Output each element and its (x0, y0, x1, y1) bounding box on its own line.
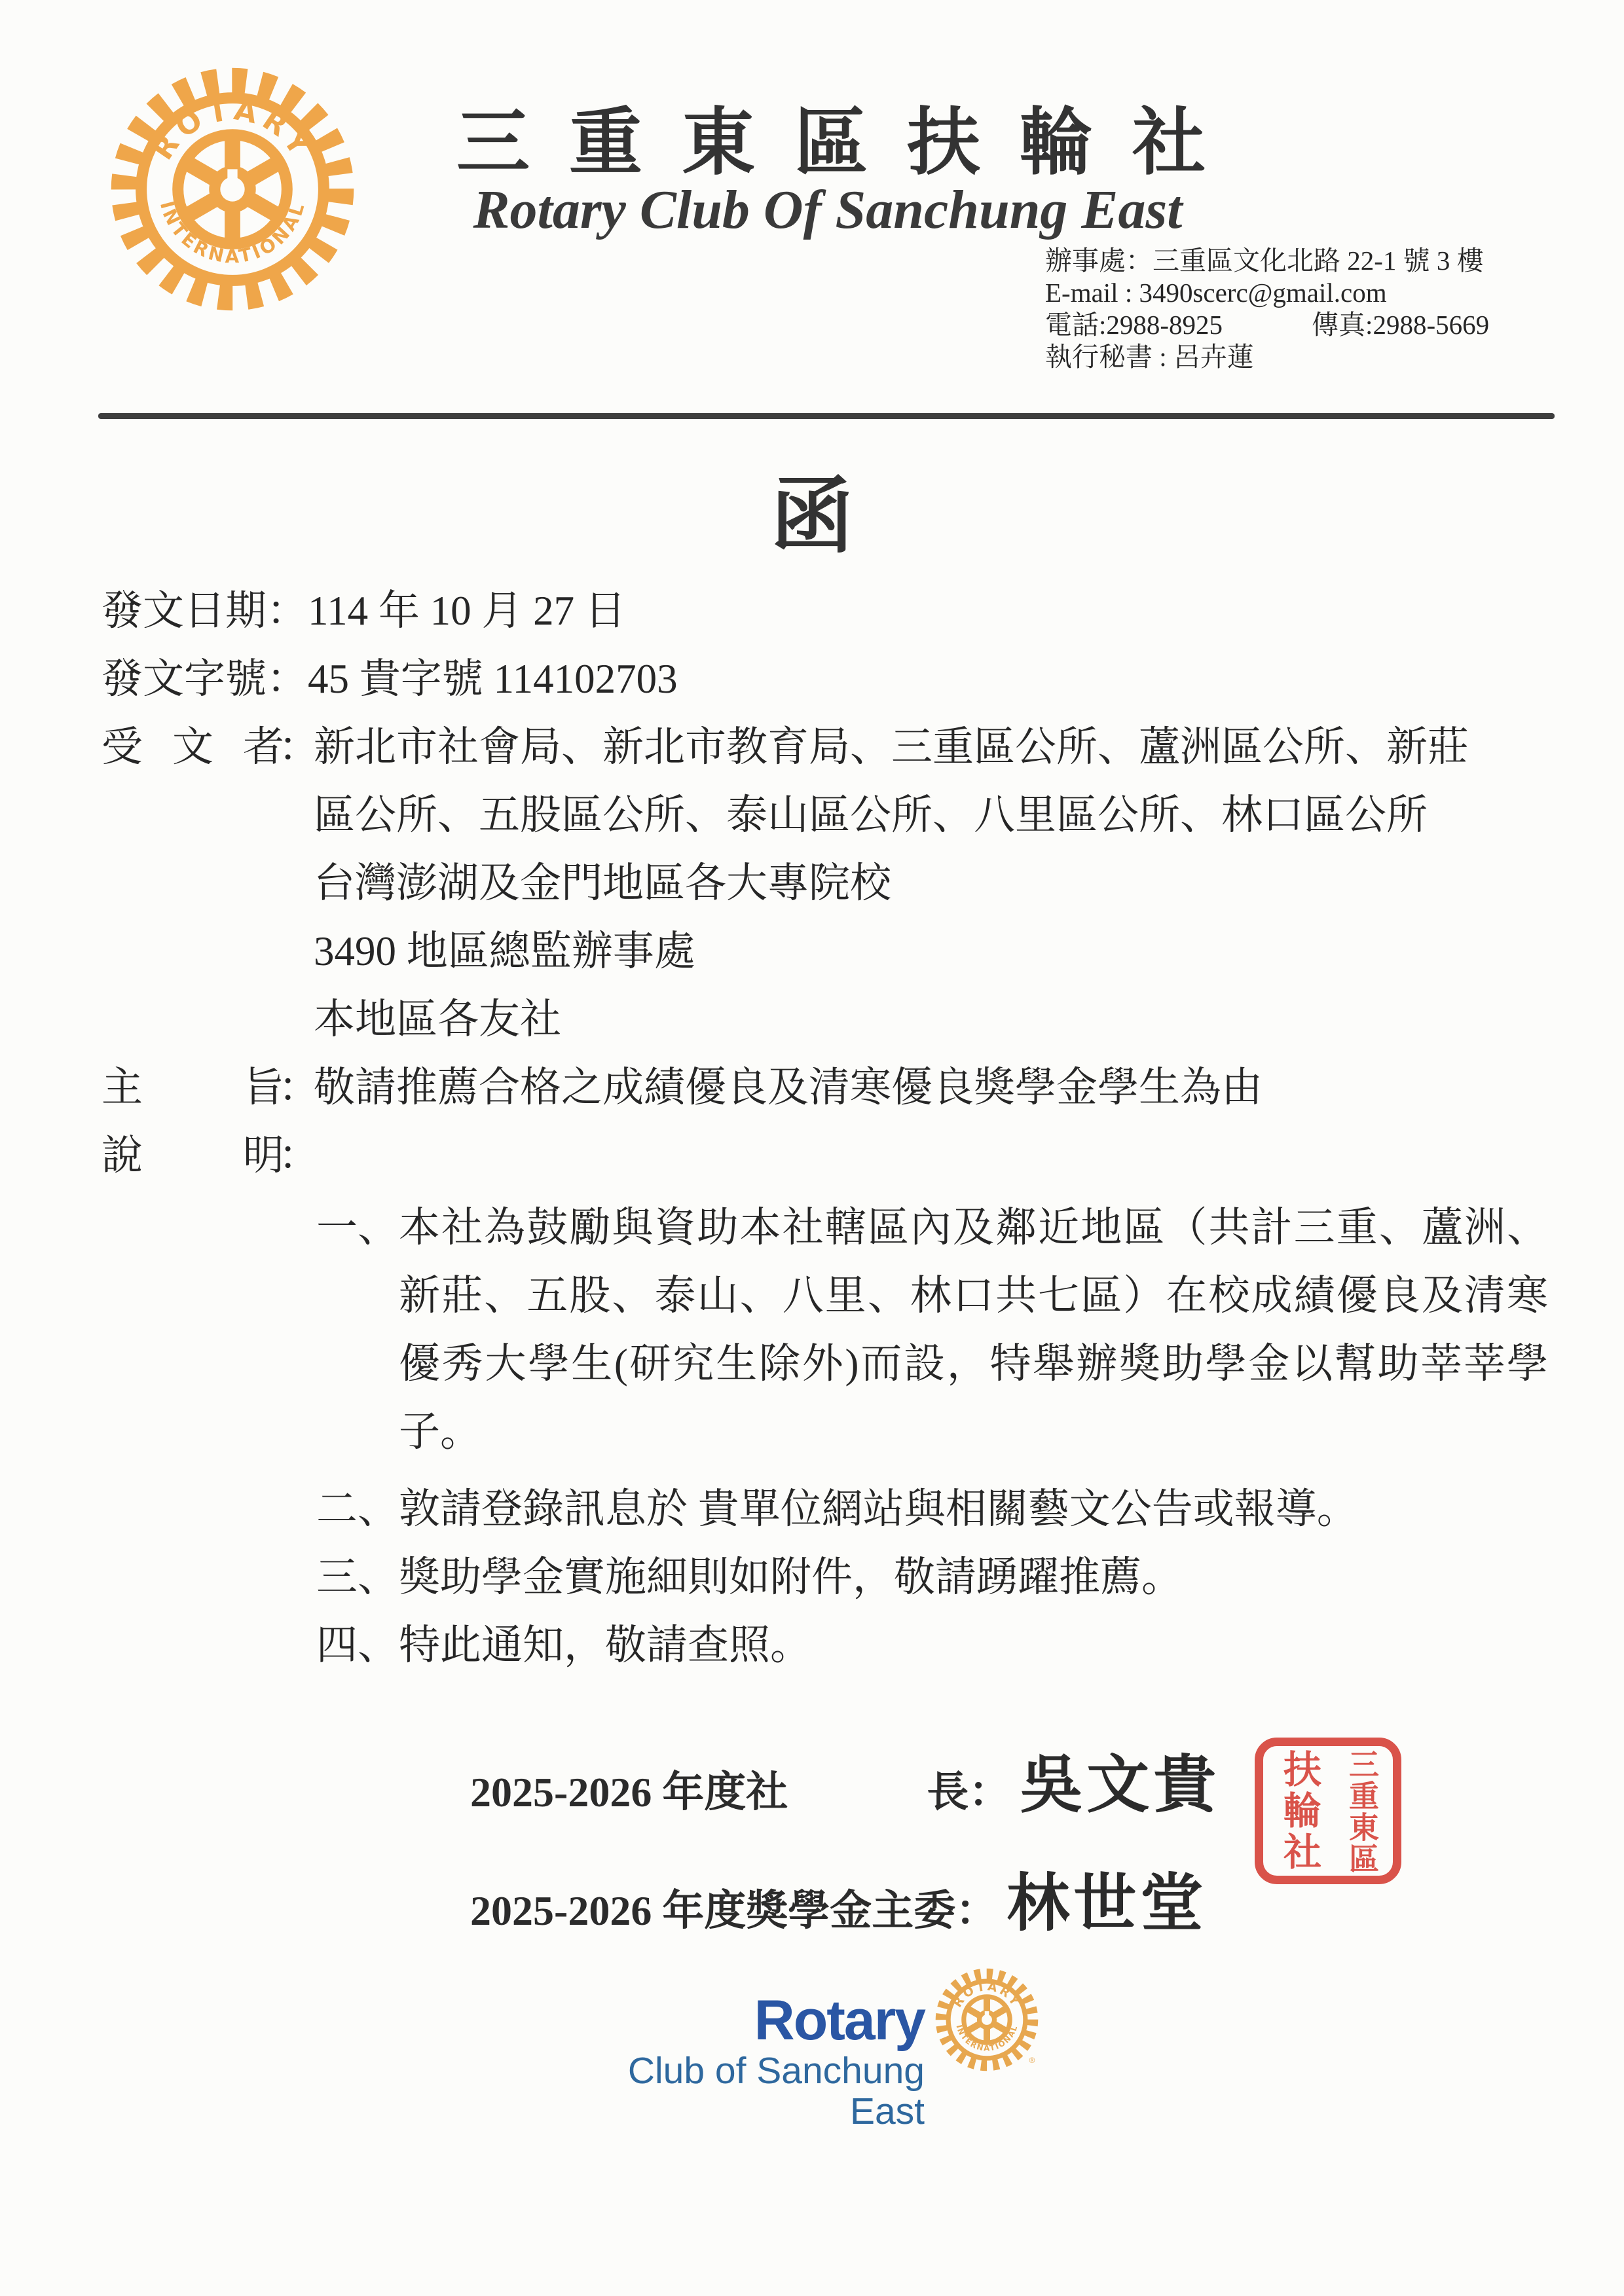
header-divider (98, 413, 1555, 419)
item-text: 本社為鼓勵與資助本社轄區內及鄰近地區（共計三重、蘆洲、新莊、五股、泰山、八里、林… (399, 1194, 1548, 1466)
list-item: 三、 獎助學金實施細則如附件，敬請踴躍推薦。 (316, 1543, 1568, 1611)
description-label: 說 明： (101, 1121, 314, 1190)
letter-body: 發文日期：114 年 10 月 27 日 發文字號：45 貴字號 1141027… (101, 577, 1568, 1679)
issue-date: 發文日期：114 年 10 月 27 日 (101, 577, 1568, 645)
rotary-wheel-icon: ROTARY INTERNATIONAL ® (935, 1968, 1039, 2071)
recipient-line: 新北市社會局、新北市教育局、三重區公所、蘆洲區公所、新莊 (314, 713, 1469, 781)
president-name: 吳文貴 (1020, 1735, 1220, 1825)
chair-signature-line: 2025-2026 年度獎學金主委： 林世堂 (470, 1853, 1220, 1943)
recipient-line: 3490 地區總監辦事處 (314, 917, 1469, 985)
footer-logo-text: Rotary Club of Sanchung East (622, 1990, 925, 2132)
chair-name: 林世堂 (1006, 1853, 1207, 1943)
list-item: 四、 特此通知，敬請查照。 (316, 1611, 1568, 1679)
footer-rotary-wordmark: Rotary (622, 1990, 925, 2050)
description-row: 說 明： (101, 1121, 1568, 1190)
footer-club-line: Club of Sanchung (622, 2050, 925, 2091)
chair-term: 2025-2026 年度獎學金主委： (470, 1877, 997, 1937)
president-term: 2025-2026 年度社 (470, 1758, 788, 1819)
contact-office: 辦事處：三重區文化北路 22-1 號 3 樓 (1045, 245, 1489, 277)
list-item: 二、 敦請登錄訊息於 貴單位網站與相關藝文公告或報導。 (316, 1475, 1568, 1543)
subject-text: 敬請推薦合格之成績優良及清寒優良獎學金學生為由 (314, 1053, 1263, 1121)
list-item: 一、 本社為鼓勵與資助本社轄區內及鄰近地區（共計三重、蘆洲、新莊、五股、泰山、八… (316, 1194, 1568, 1466)
contact-secretary: 執行秘書 : 呂卉蓮 (1045, 341, 1489, 373)
recipient-line: 本地區各友社 (314, 985, 1469, 1053)
club-seal-stamp: 三重東區 扶輪社 (1255, 1738, 1401, 1884)
recipients-row: 受 文 者： 新北市社會局、新北市教育局、三重區公所、蘆洲區公所、新莊 區公所、… (101, 713, 1568, 1053)
contact-email: E-mail : 3490scerc@gmail.com (1045, 277, 1489, 309)
item-text: 敦請登錄訊息於 貴單位網站與相關藝文公告或報導。 (399, 1475, 1548, 1543)
recipient-line: 區公所、五股區公所、泰山區公所、八里區公所、林口區公所 (314, 781, 1469, 849)
seal-left-column: 扶輪社 (1267, 1746, 1330, 1876)
item-text: 獎助學金實施細則如附件，敬請踴躍推薦。 (399, 1543, 1548, 1611)
president-signature-line: 2025-2026 年度社 長： 吳文貴 (470, 1735, 1220, 1825)
registered-trademark-icon: ® (1028, 2056, 1035, 2065)
footer-club-line: East (622, 2091, 925, 2132)
seal-right-column: 三重東區 (1330, 1746, 1393, 1876)
recipient-line: 台灣澎湖及金門地區各大專院校 (314, 849, 1469, 917)
signature-block: 2025-2026 年度社 長： 吳文貴 2025-2026 年度獎學金主委： … (470, 1735, 1220, 1943)
contact-phone: 電話:2988-8925 (1045, 309, 1223, 341)
subject-row: 主 旨： 敬請推薦合格之成績優良及清寒優良獎學金學生為由 (101, 1053, 1568, 1121)
item-number: 二、 (316, 1475, 399, 1543)
doc-type-heading: 函 (0, 450, 1624, 569)
item-number: 三、 (316, 1543, 399, 1611)
contact-fax: 傳真:2988-5669 (1312, 309, 1489, 341)
item-number: 一、 (316, 1194, 399, 1262)
president-role: 長： (927, 1758, 1010, 1819)
contact-block: 辦事處：三重區文化北路 22-1 號 3 樓 E-mail : 3490scer… (1045, 245, 1489, 373)
description-items: 一、 本社為鼓勵與資助本社轄區內及鄰近地區（共計三重、蘆洲、新莊、五股、泰山、八… (316, 1194, 1568, 1679)
club-name-en: Rotary Club Of Sanchung East (0, 178, 1624, 242)
letter-page: ROTARY INTERNATIONAL 三重東區扶輪社 Rotary Club… (0, 0, 1624, 2296)
recipients-list: 新北市社會局、新北市教育局、三重區公所、蘆洲區公所、新莊 區公所、五股區公所、泰… (314, 713, 1469, 1053)
item-number: 四、 (316, 1611, 399, 1679)
subject-label: 主 旨： (101, 1053, 314, 1121)
item-text: 特此通知，敬請查照。 (399, 1611, 1548, 1679)
reference-number: 發文字號：45 貴字號 114102703 (101, 645, 1568, 713)
club-name-zh: 三重東區扶輪社 (0, 84, 1624, 189)
recipients-label: 受 文 者： (101, 713, 314, 781)
